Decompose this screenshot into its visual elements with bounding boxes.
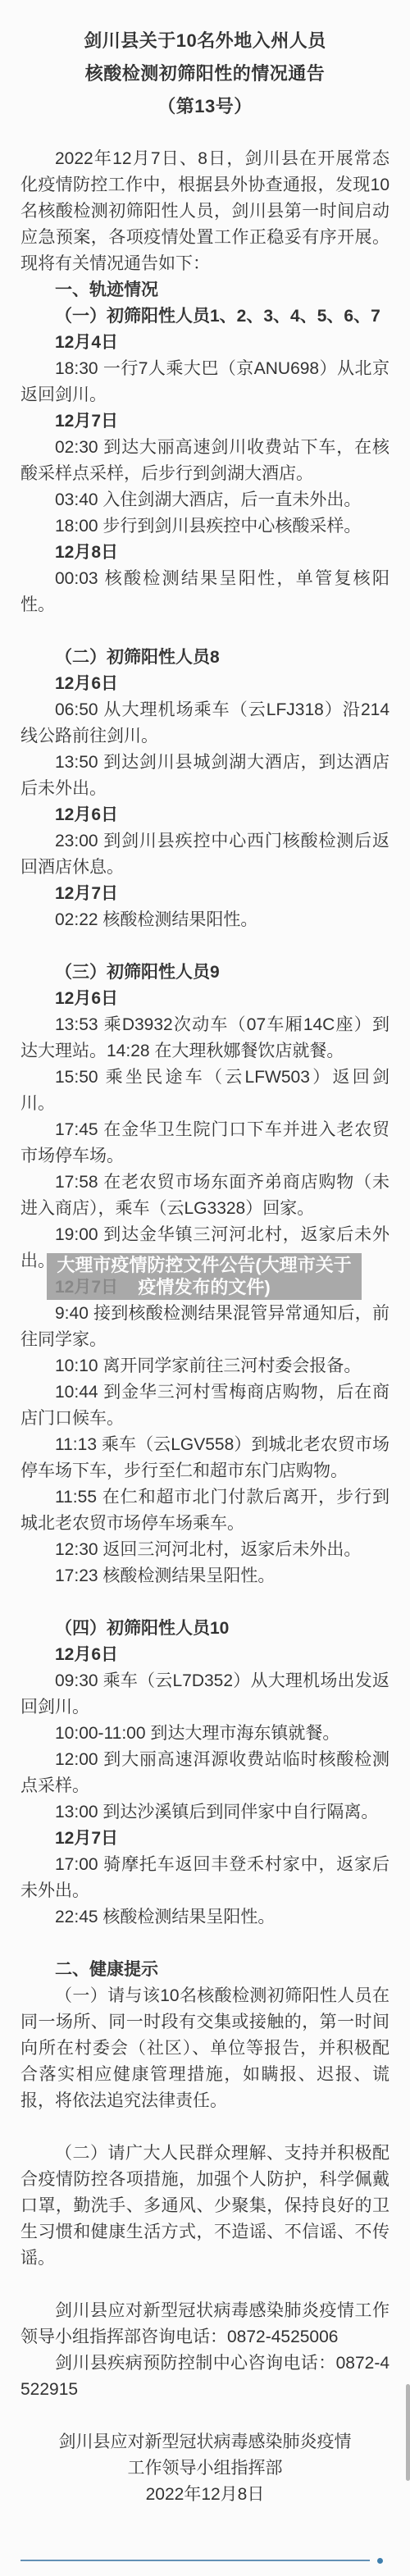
paragraph-gap — [20, 933, 389, 960]
watermark-overlay: 大理市疫情防控文件公告(大理市关于疫情发布的文件) — [47, 1253, 362, 1300]
paragraph-gap — [20, 2114, 389, 2141]
body-paragraph: 13:00 到达沙溪镇后到同伴家中自行隔离。 — [20, 1799, 389, 1826]
body-paragraph: 11:55 在仁和超市北门付款后离开，步行到城北老农贸市场停车场乘车。 — [20, 1484, 389, 1537]
title-line-3: （第13号） — [20, 90, 389, 123]
paragraph-gap — [20, 1931, 389, 1957]
heading-paragraph: 一、轨迹情况 — [20, 277, 389, 303]
body-paragraph: 17:58 在老农贸市场东面齐弟商店购物（未进入商店），乘车（云LG3328）回… — [20, 1169, 389, 1222]
body-paragraph: 10:44 到金华三河村雪梅商店购物，后在商店门口候车。 — [20, 1379, 389, 1432]
body-paragraph: 23:00 到剑川县疾控中心西门核酸检测后返回酒店休息。 — [20, 828, 389, 881]
body-paragraph: 剑川县疾病预防控制中心咨询电话：0872-4522915 — [20, 2350, 389, 2403]
signature-line: 剑川县应对新型冠状病毒感染肺炎疫情 — [20, 2429, 389, 2455]
body-paragraph: 18:30 一行7人乘大巴（京ANU698）从北京返回剑川。 — [20, 356, 389, 408]
body-paragraph: 02:22 核酸检测结果阳性。 — [20, 907, 389, 933]
notice-page: 剑川县关于10名外地入州人员 核酸检测初筛阳性的情况通告 （第13号） 2022… — [0, 0, 410, 2576]
notice-title: 剑川县关于10名外地入州人员 核酸检测初筛阳性的情况通告 （第13号） — [20, 25, 389, 123]
scrollbar-thumb[interactable] — [406, 2384, 410, 2481]
signature-line: 工作领导小组指挥部 — [20, 2455, 389, 2482]
heading-paragraph: （二）初筛阳性人员8 — [20, 645, 389, 671]
paragraph-gap — [20, 2272, 389, 2298]
notice-body: 2022年12月7日、8日，剑川县在开展常态化疫情防控工作中，根据县外协查通报，… — [20, 146, 389, 2508]
heading-paragraph: 12月6日 — [20, 1642, 389, 1668]
paragraph-gap — [20, 2403, 389, 2429]
body-paragraph: 17:45 在金华卫生院门口下车并进入老农贸市场停车场。 — [20, 1117, 389, 1169]
heading-paragraph: 12月8日 — [20, 540, 389, 566]
paragraph-gap — [20, 1589, 389, 1616]
body-paragraph: 17:23 核酸检测结果呈阳性。 — [20, 1563, 389, 1589]
heading-paragraph: 12月7日 — [20, 881, 389, 907]
heading-paragraph: 12月6日 — [20, 671, 389, 697]
watermark-anchor: 12月7日大理市疫情防控文件公告(大理市关于疫情发布的文件) — [20, 1274, 389, 1301]
body-paragraph: 13:53 乘D3932次动车（07车厢14C座）到达大理站。14:28 在大理… — [20, 1012, 389, 1065]
title-line-1: 剑川县关于10名外地入州人员 — [20, 25, 389, 57]
body-paragraph: 03:40 入住剑湖大酒店，后一直未外出。 — [20, 487, 389, 513]
heading-paragraph: 12月4日 — [20, 330, 389, 356]
body-paragraph: 10:10 离开同学家前往三河村委会报备。 — [20, 1353, 389, 1379]
body-paragraph: 12:30 返回三河河北村，返家后未外出。 — [20, 1537, 389, 1563]
body-paragraph: （二）请广大人民群众理解、支持并积极配合疫情防控各项措施，加强个人防护，科学佩戴… — [20, 2141, 389, 2272]
paragraph-gap — [20, 618, 389, 645]
body-paragraph: 15:50 乘坐民途车（云LFW503）返回剑川。 — [20, 1065, 389, 1117]
body-paragraph: 9:40 接到核酸检测结果混管异常通知后，前往同学家。 — [20, 1301, 389, 1353]
body-paragraph: 12:00 到大丽高速洱源收费站临时核酸检测点采样。 — [20, 1747, 389, 1799]
signature-line: 2022年12月8日 — [20, 2482, 389, 2508]
body-paragraph: 11:13 乘车（云LGV558）到城北老农贸市场停车场下车，步行至仁和超市东门… — [20, 1432, 389, 1484]
heading-paragraph: （一）初筛阳性人员1、2、3、4、5、6、7 — [20, 303, 389, 330]
title-line-2: 核酸检测初筛阳性的情况通告 — [20, 57, 389, 90]
notice-content: 剑川县关于10名外地入州人员 核酸检测初筛阳性的情况通告 （第13号） 2022… — [0, 0, 410, 2508]
body-paragraph: 22:45 核酸检测结果呈阳性。 — [20, 1904, 389, 1931]
heading-paragraph: 12月7日 — [20, 408, 389, 435]
body-paragraph: 13:50 到达剑川县城剑湖大酒店，到达酒店后未外出。 — [20, 750, 389, 802]
body-paragraph: 06:50 从大理机场乘车（云LFJ318）沿214线公路前往剑川。 — [20, 697, 389, 750]
body-paragraph: 17:00 骑摩托车返回丰登禾村家中，返家后未外出。 — [20, 1852, 389, 1904]
watermark-text-line2: 疫情发布的文件) — [47, 1276, 362, 1298]
bottom-divider-dot — [377, 2558, 383, 2564]
heading-paragraph: 12月7日 — [20, 1826, 389, 1852]
heading-paragraph: （三）初筛阳性人员9 — [20, 960, 389, 986]
body-paragraph: 剑川县应对新型冠状病毒感染肺炎疫情工作领导小组指挥部咨询电话：0872-4525… — [20, 2298, 389, 2350]
body-paragraph: 09:30 乘车（云L7D352）从大理机场出发返回剑川。 — [20, 1668, 389, 1721]
bottom-divider-line — [20, 2560, 370, 2561]
body-paragraph: 18:00 步行到剑川县疾控中心核酸采样。 — [20, 513, 389, 540]
heading-paragraph: 12月6日 — [20, 802, 389, 828]
heading-paragraph: 12月6日 — [20, 986, 389, 1012]
watermark-text-line1: 大理市疫情防控文件公告(大理市关于 — [47, 1254, 362, 1276]
body-paragraph: 00:03 核酸检测结果呈阳性，单管复核阳性。 — [20, 566, 389, 618]
body-paragraph: （一）请与该10名核酸检测初筛阳性人员在同一场所、同一时段有交集或接触的，第一时… — [20, 1983, 389, 2114]
heading-paragraph: （四）初筛阳性人员10 — [20, 1616, 389, 1642]
heading-paragraph: 二、健康提示 — [20, 1957, 389, 1983]
body-paragraph: 10:00-11:00 到达大理市海东镇就餐。 — [20, 1721, 389, 1747]
body-paragraph: 02:30 到达大丽高速剑川收费站下车，在核酸采样点采样，后步行到剑湖大酒店。 — [20, 435, 389, 487]
body-paragraph: 2022年12月7日、8日，剑川县在开展常态化疫情防控工作中，根据县外协查通报，… — [20, 146, 389, 277]
